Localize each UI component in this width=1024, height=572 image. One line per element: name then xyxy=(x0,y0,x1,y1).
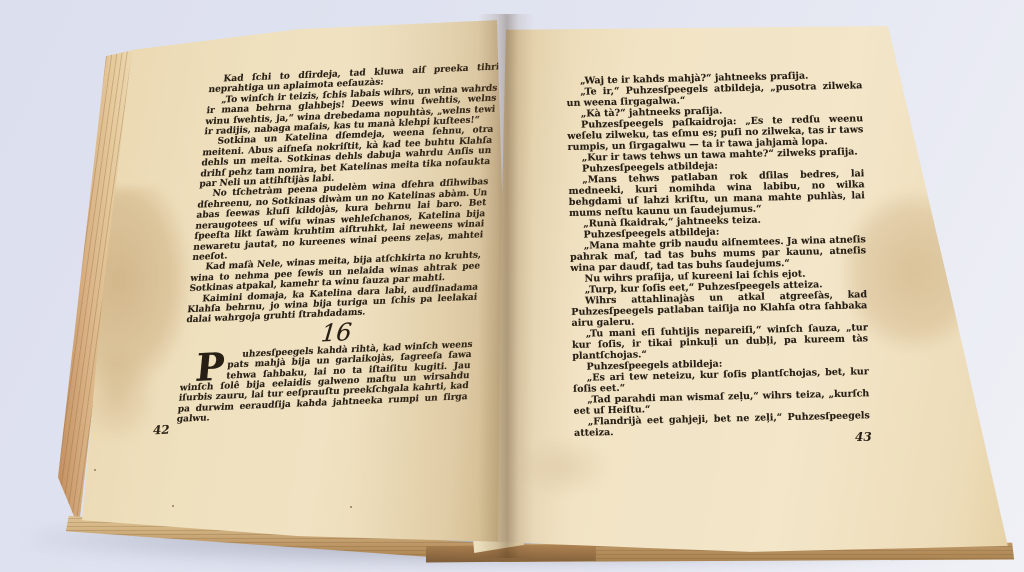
right-page-text: „Waj te ir kahds mahjà?“ jahtneeks praſi… xyxy=(566,69,870,439)
stain xyxy=(518,436,610,498)
paragraph: „Mans tehws patlaban rok dſilas bedres, … xyxy=(568,168,865,219)
left-page: Kad ſchi to dſirdeja, tad kluwa aiſ pree… xyxy=(75,18,515,550)
photo-of-open-book: Kad ſchi to dſirdeja, tad kluwa aiſ pree… xyxy=(0,0,1024,572)
drop-cap: P xyxy=(180,350,228,382)
right-page: „Waj te ir kahds mahjà?“ jahtneeks praſi… xyxy=(490,20,1020,565)
page-number-left: 42 xyxy=(153,423,170,438)
left-page-text: Kad ſchi to dſirdeja, tad kluwa aiſ pree… xyxy=(176,62,499,425)
paragraph: Puhzesſpeegels kahdà rihtà, kad winſch w… xyxy=(176,340,473,426)
page-number-right: 43 xyxy=(855,430,872,444)
paragraph: No tſchetràm peena pudelèm wina dſehra d… xyxy=(192,177,489,263)
speck xyxy=(350,506,352,508)
speck xyxy=(94,469,96,471)
speck xyxy=(172,505,174,507)
